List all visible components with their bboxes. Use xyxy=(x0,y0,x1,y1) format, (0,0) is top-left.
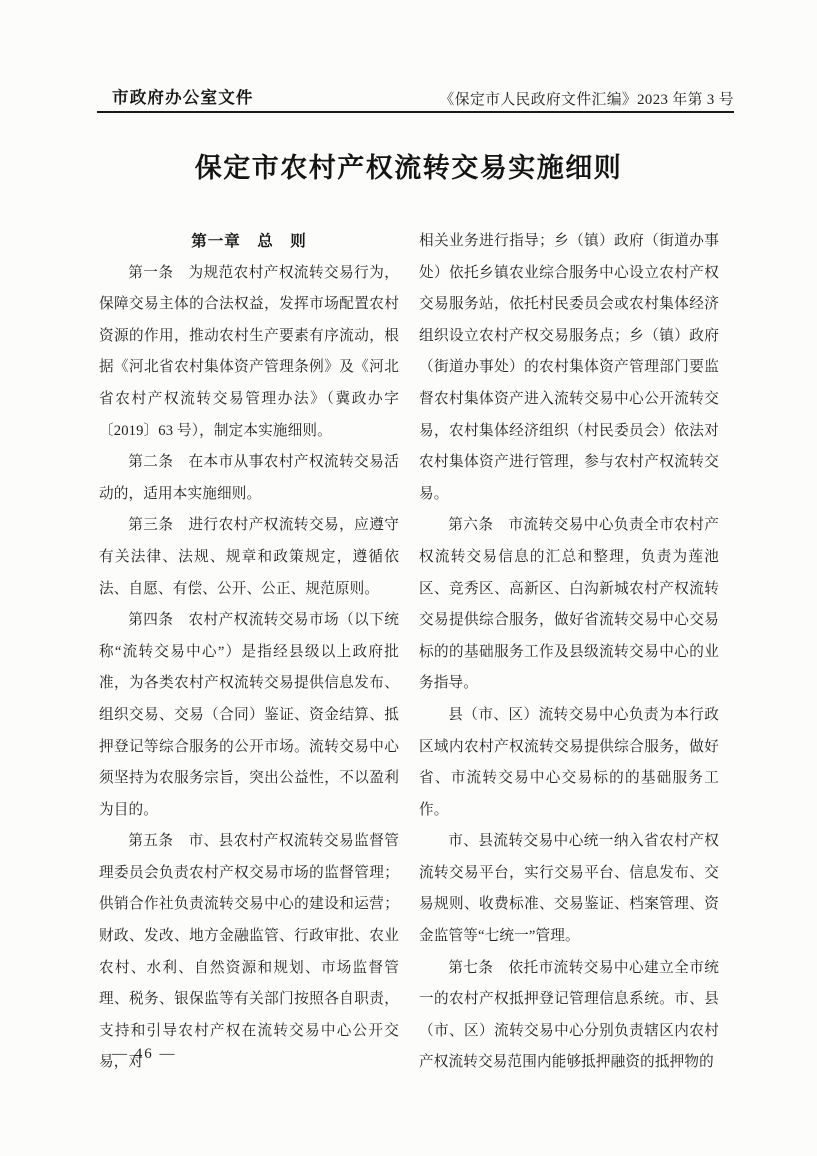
paragraph-article-2: 第二条 在本市从事农村产权流转交易活动的，适用本实施细则。 xyxy=(99,447,399,510)
paragraph-article-3: 第三条 进行农村产权流转交易，应遵守有关法律、法规、规章和政策规定，遵循依法、自… xyxy=(99,510,399,605)
header-divider xyxy=(97,111,734,113)
header-doc-type: 市政府办公室文件 xyxy=(112,84,254,108)
document-title: 保定市农村产权流转交易实施细则 xyxy=(0,146,817,185)
paragraph-article-5-continuation: 相关业务进行指导；乡（镇）政府（街道办事处）依托乡镇农业综合服务中心设立农村产权… xyxy=(419,226,719,510)
paragraph-article-6-unified-management: 市、县流转交易中心统一纳入省农村产权流转交易平台，实行交易平台、信息发布、交易规… xyxy=(419,826,719,952)
paragraph-article-5: 第五条 市、县农村产权流转交易监督管理委员会负责农村产权交易市场的监督管理；供销… xyxy=(99,826,399,1079)
right-column: 相关业务进行指导；乡（镇）政府（街道办事处）依托乡镇农业综合服务中心设立农村产权… xyxy=(419,226,719,1079)
page-number: — 46 — xyxy=(112,1046,177,1063)
paragraph-article-4: 第四条 农村产权流转交易市场（以下统称“流转交易中心”）是指经县级以上政府批准，… xyxy=(99,605,399,826)
paragraph-article-7: 第七条 依托市流转交易中心建立全市统一的农村产权抵押登记管理信息系统。市、县（市… xyxy=(419,953,719,1079)
paragraph-article-6-county-centers: 县（市、区）流转交易中心负责为本行政区域内农村产权流转交易提供综合服务，做好省、… xyxy=(419,700,719,826)
paragraph-article-6: 第六条 市流转交易中心负责全市农村产权流转交易信息的汇总和整理，负责为莲池区、竞… xyxy=(419,510,719,700)
paragraph-article-1: 第一条 为规范农村产权流转交易行为，保障交易主体的合法权益，发挥市场配置农村资源… xyxy=(99,258,399,448)
chapter-heading: 第一章 总 则 xyxy=(99,226,399,258)
header-compilation-info: 《保定市人民政府文件汇编》2023 年第 3 号 xyxy=(440,88,734,109)
document-page: 市政府办公室文件 《保定市人民政府文件汇编》2023 年第 3 号 保定市农村产… xyxy=(0,0,817,1156)
left-column: 第一章 总 则 第一条 为规范农村产权流转交易行为，保障交易主体的合法权益，发挥… xyxy=(99,226,399,1079)
